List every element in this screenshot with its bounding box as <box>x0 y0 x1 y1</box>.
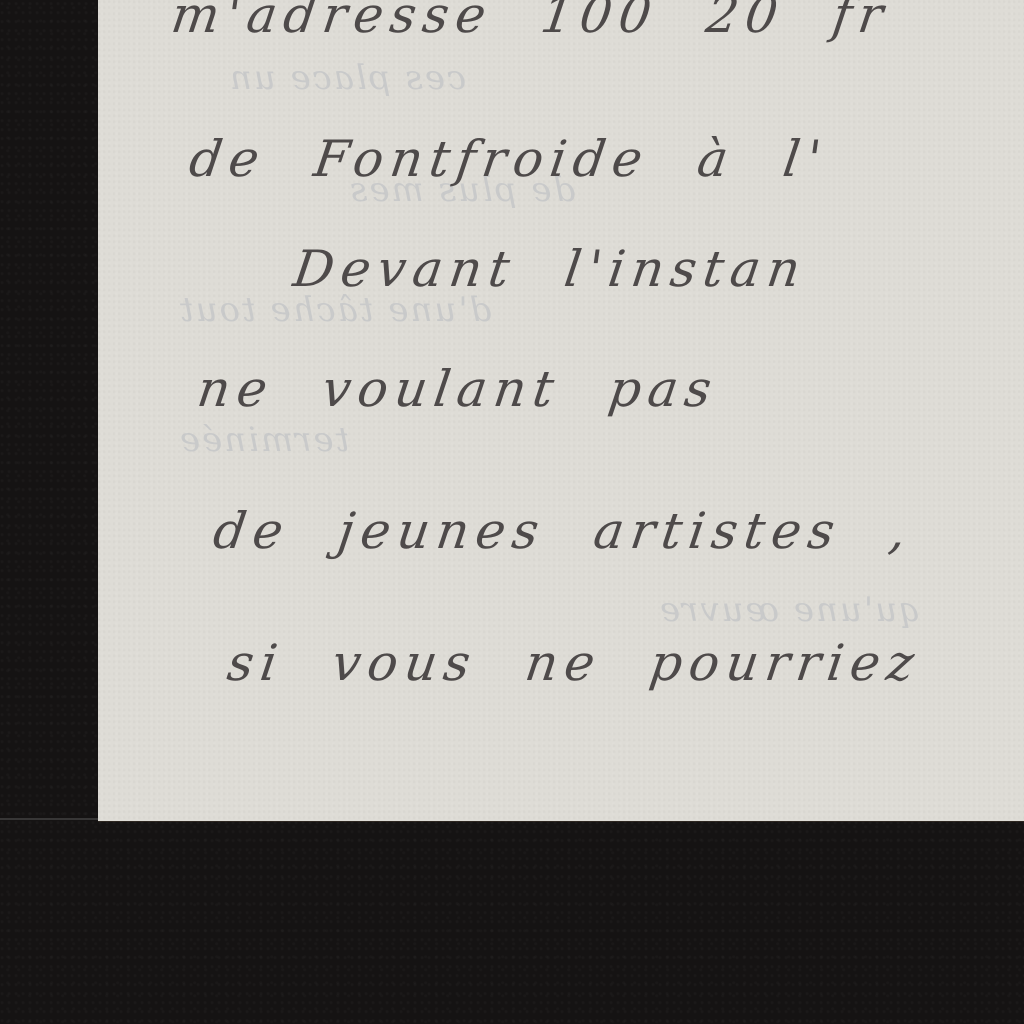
backing-seam <box>0 818 100 820</box>
handwriting-line-3: Devant l'instan <box>290 240 811 298</box>
letter-page: ces place un de plus mes d'une tâche tou… <box>98 0 1024 821</box>
handwriting-line-6: si vous ne pourriez <box>224 634 925 692</box>
bleed-through-text: qu'une œuvre <box>658 590 921 630</box>
photo-scene: ces place un de plus mes d'une tâche tou… <box>0 0 1024 1024</box>
handwriting-line-4: ne voulant pas <box>194 360 722 418</box>
handwriting-line-1: m'adresse 100 20 fr <box>168 0 894 44</box>
handwriting-line-2: de Fontfroide à l' <box>186 130 831 188</box>
bleed-through-text: ces place un <box>228 58 466 98</box>
bleed-through-text: terminée <box>178 420 349 460</box>
handwriting-line-5: de jeunes artistes , <box>210 502 917 560</box>
